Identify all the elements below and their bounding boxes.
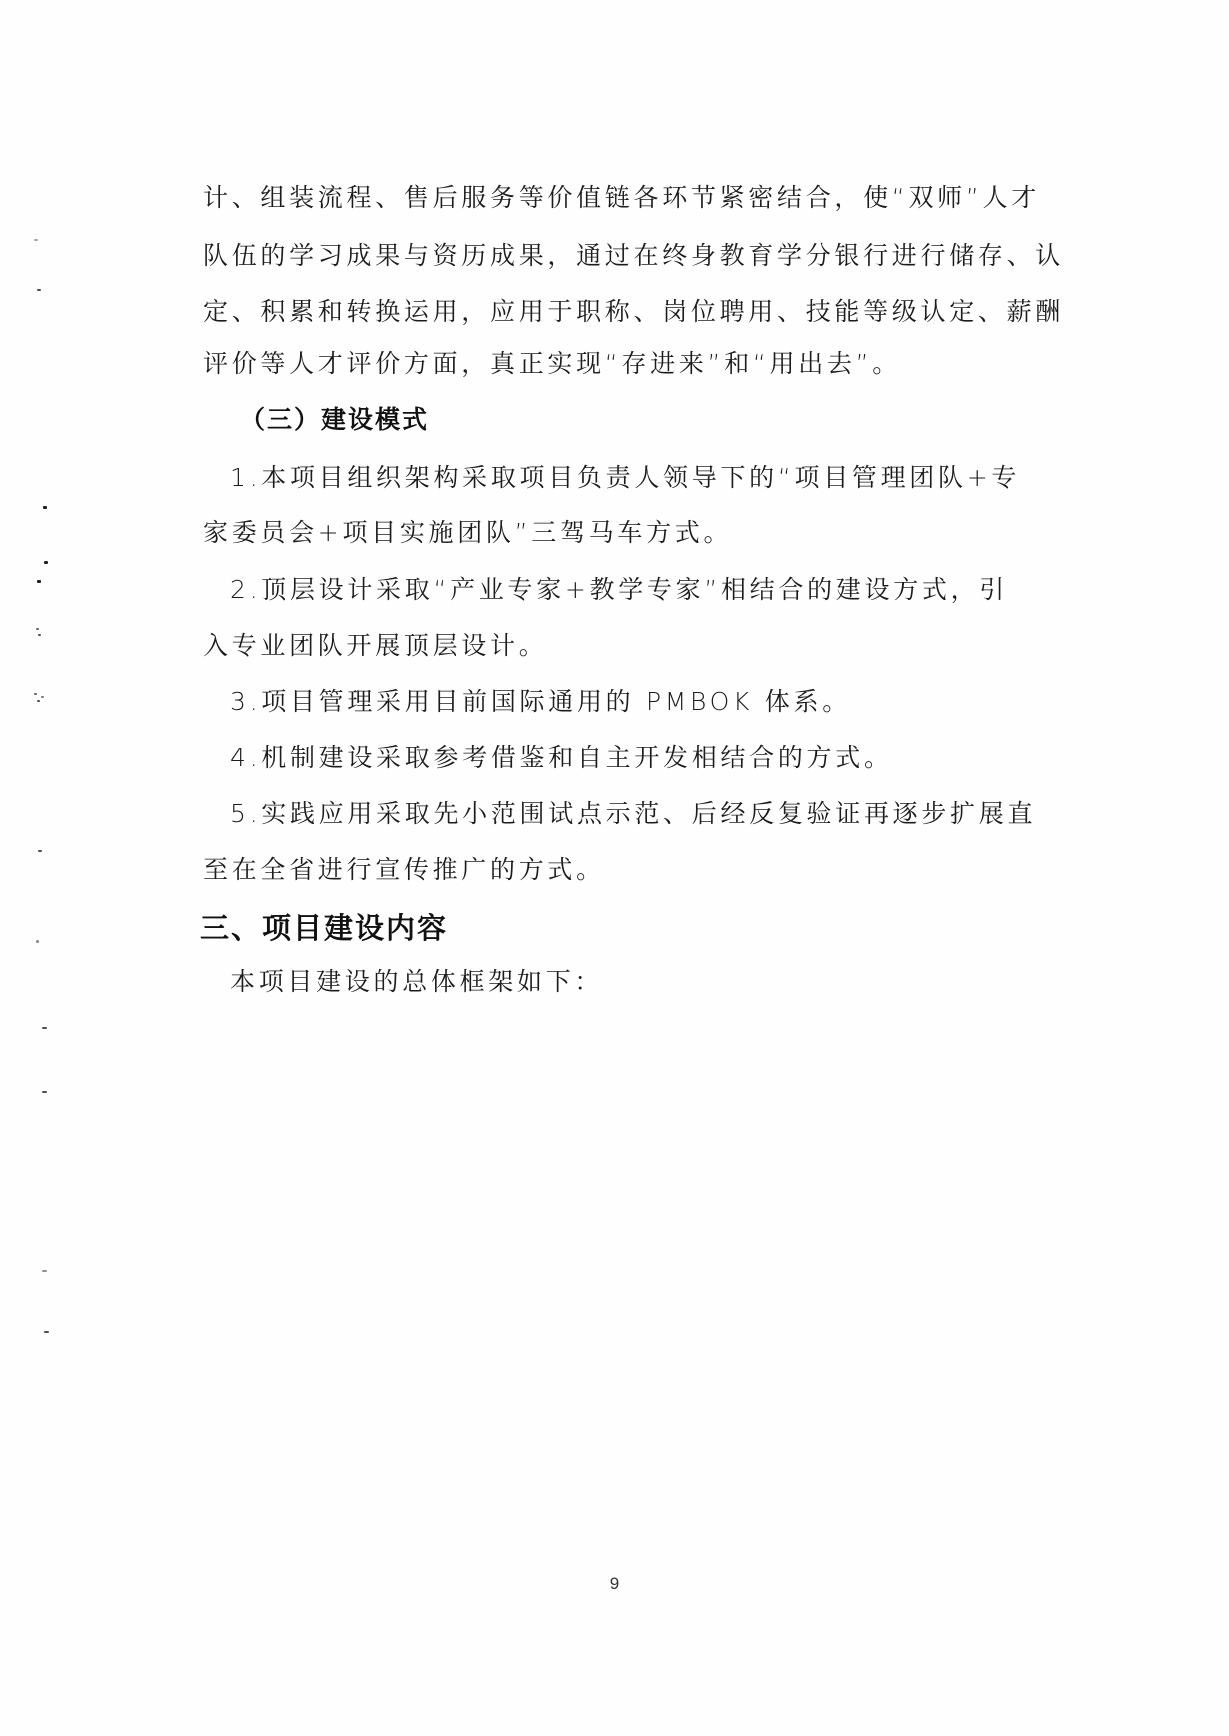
list-item-3: 3.项目管理采用目前国际通用的 PMBOK 体系。 [230,682,851,718]
list-item-4: 4.机制建设采取参考借鉴和自主开发相结合的方式。 [230,738,893,774]
paragraph-line: 计、组装流程、售后服务等价值链各环节紧密结合，使“双师”人才 [203,178,1040,214]
scan-artifact [42,1270,47,1272]
scan-artifact [38,850,42,852]
paragraph-line: 队伍的学习成果与资历成果，通过在终身教育学分银行进行储存、认 [203,236,1064,272]
scan-artifact [37,289,41,291]
page-number: 9 [0,1574,1229,1594]
scan-artifact [43,506,47,509]
scan-artifact [42,1091,47,1093]
list-item-1-line-1: 1.本项目组织架构采取项目负责人领导下的“项目管理团队+专 [230,458,1020,494]
scan-artifact [37,700,40,702]
list-item-5-line-2: 至在全省进行宣传推广的方式。 [203,850,605,886]
scan-artifact [41,696,44,698]
section-intro: 本项目建设的总体框架如下： [230,962,603,998]
subsection-heading: （三）建设模式 [240,400,429,436]
list-item-1-line-2: 家委员会+项目实施团队”三驾马车方式。 [203,513,732,549]
document-page: 计、组装流程、售后服务等价值链各环节紧密结合，使“双师”人才 队伍的学习成果与资… [0,0,1229,1736]
list-item-2-line-2: 入专业团队开展顶层设计。 [203,626,547,662]
scan-artifact [34,693,37,695]
scan-artifact [38,634,41,636]
scan-artifact [42,1027,47,1029]
scan-artifact [44,1331,49,1333]
scan-artifact [36,940,39,943]
paragraph-line: 评价等人才评价方面，真正实现“存进来”和“用出去”。 [203,344,901,380]
scan-artifact [36,628,39,630]
list-item-5-line-1: 5.实践应用采取先小范围试点示范、后经反复验证再逐步扩展直 [230,794,1036,830]
scan-artifact [37,580,41,583]
paragraph-line: 定、积累和转换运用，应用于职称、岗位聘用、技能等级认定、薪酬 [203,292,1064,328]
section-heading: 三、项目建设内容 [200,906,448,947]
scan-artifact [44,561,48,564]
list-item-2-line-1: 2.顶层设计采取“产业专家+教学专家”相结合的建设方式，引 [230,570,1008,606]
scan-artifact [34,239,38,241]
